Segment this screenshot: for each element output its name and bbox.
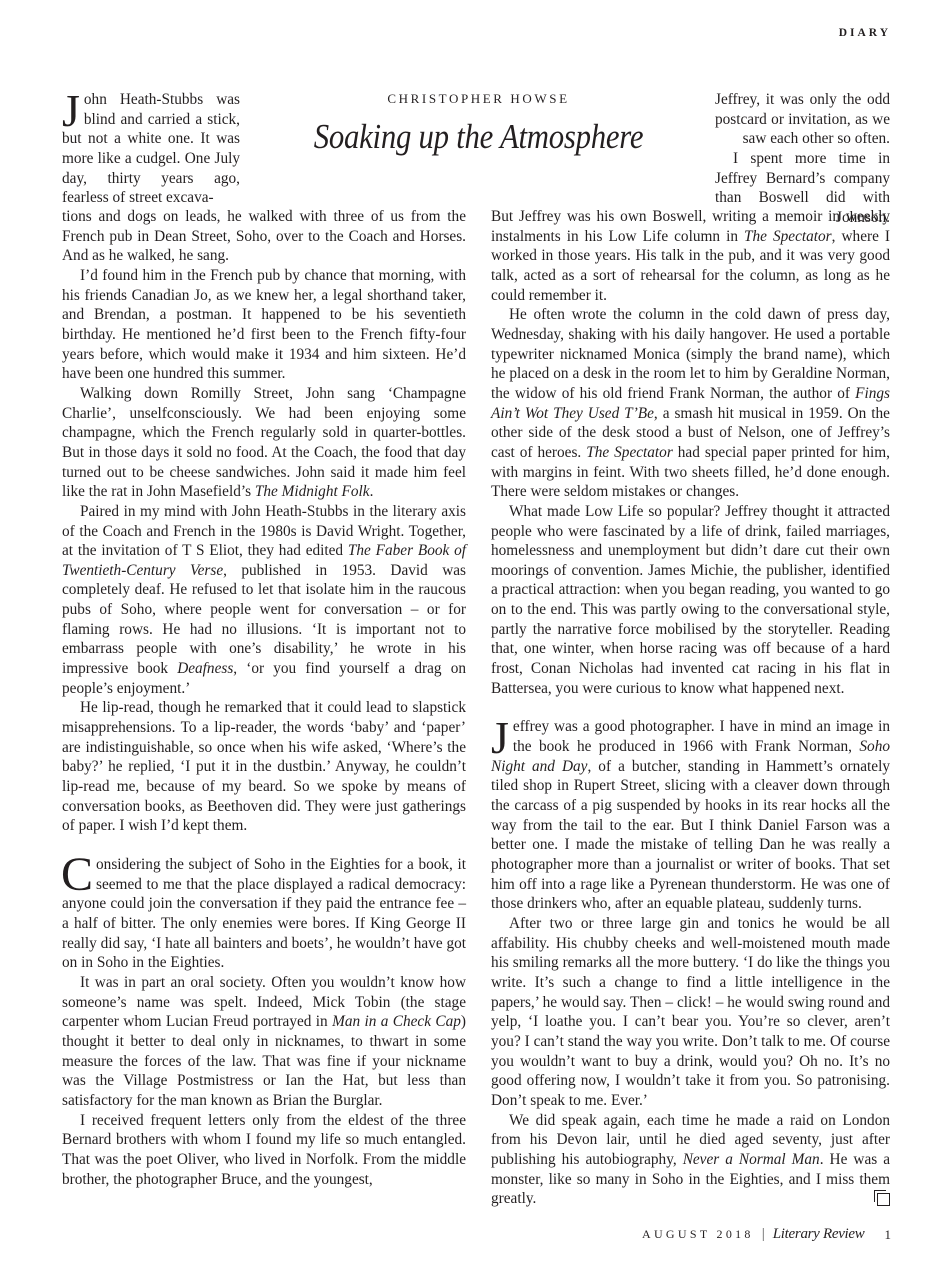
drop-cap-c: C <box>61 857 93 893</box>
section-opening-paragraph: Considering the subject of Soho in the E… <box>62 855 466 973</box>
left-top-column: John Heath-Stubbs was blind and carried … <box>62 90 240 208</box>
paragraph: tions and dogs on leads, he walked with … <box>62 207 466 266</box>
article-title: Soaking up the Atmosphere <box>313 117 645 157</box>
paragraph-text: onsidering the subject of Soho in the Ei… <box>62 856 466 971</box>
paragraph: We did speak again, each time he made a … <box>491 1111 890 1209</box>
right-column: But Jeffrey was his own Boswell, writing… <box>491 207 890 1209</box>
italic-title: Never a Normal Man <box>683 1151 820 1168</box>
italic-title: Man in a Check Cap <box>332 1013 461 1030</box>
paragraph: I’d found him in the French pub by chanc… <box>62 266 466 384</box>
paragraph: After two or three large gin and tonics … <box>491 914 890 1111</box>
italic-title: The Midnight Folk <box>255 483 370 500</box>
paragraph: I received frequent letters only from th… <box>62 1111 466 1190</box>
paragraph-text: , of a butcher, standing in Hammett’s or… <box>491 758 890 913</box>
issue-date: AUGUST 2018 <box>642 1227 754 1242</box>
magazine-name: Literary Review <box>773 1226 865 1243</box>
paragraph: Paired in my mind with John Heath-Stubbs… <box>62 502 466 699</box>
paragraph: He often wrote the column in the cold da… <box>491 305 890 502</box>
paragraph-text: Walking down Romilly Street, John sang ‘… <box>62 385 466 500</box>
paragraph-text: He often wrote the column in the cold da… <box>491 306 890 402</box>
italic-title: Deafness <box>177 660 233 677</box>
left-column: tions and dogs on leads, he walked with … <box>62 207 466 1189</box>
paragraph: But Jeffrey was his own Boswell, writing… <box>491 207 890 305</box>
italic-title: The Spectator <box>744 228 832 245</box>
footer-separator: | <box>762 1226 765 1243</box>
section-label: DIARY <box>839 27 891 39</box>
drop-cap-j: J <box>62 93 80 129</box>
paragraph-text: effrey was a good photographer. I have i… <box>513 718 890 755</box>
page-footer: AUGUST 2018 | Literary Review 1 <box>642 1226 891 1243</box>
paragraph-text: Paired in my mind with John Heath-Stubbs… <box>62 503 466 697</box>
opening-text: ohn Heath-Stubbs was blind and carried a… <box>62 91 240 206</box>
section-opening-paragraph: Jeffrey was a good photographer. I have … <box>491 717 890 914</box>
drop-cap-j: J <box>491 720 509 756</box>
page-number: 1 <box>885 1227 892 1243</box>
italic-title: The Faber Book of Twentieth-Century Vers… <box>62 542 466 579</box>
end-of-article-square-icon <box>877 1193 890 1206</box>
paragraph: What made Low Life so popular? Jeffrey t… <box>491 502 890 699</box>
italic-title: The Spectator <box>586 444 673 461</box>
paragraph: It was in part an oral society. Often yo… <box>62 973 466 1111</box>
paragraph: Jeffrey, it was only the odd postcard or… <box>715 90 890 149</box>
paragraph: Walking down Romilly Street, John sang ‘… <box>62 384 466 502</box>
author-byline: CHRISTOPHER HOWSE <box>300 91 657 107</box>
paragraph: He lip-read, though he remarked that it … <box>62 698 466 836</box>
